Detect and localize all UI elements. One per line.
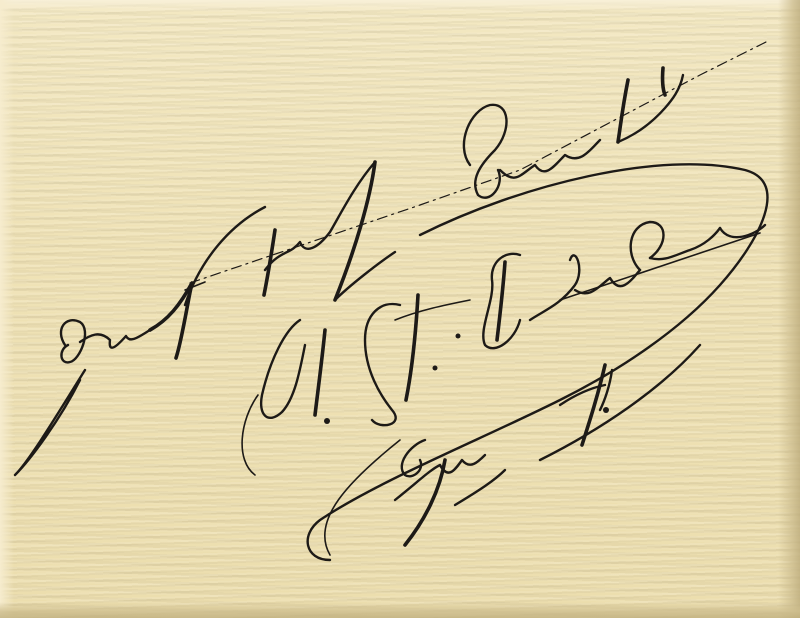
word-sept	[395, 345, 700, 545]
paper-canvas: Yours truly Devoted H. St. Theodore Sep.…	[0, 0, 800, 618]
word-st	[365, 295, 470, 425]
period-dot	[324, 418, 330, 424]
word-truly	[185, 162, 395, 305]
word-yours	[15, 282, 205, 475]
oval-flourish	[308, 164, 768, 560]
signature-ink	[0, 0, 800, 618]
word-theodore	[483, 222, 765, 348]
word-h	[242, 320, 330, 475]
